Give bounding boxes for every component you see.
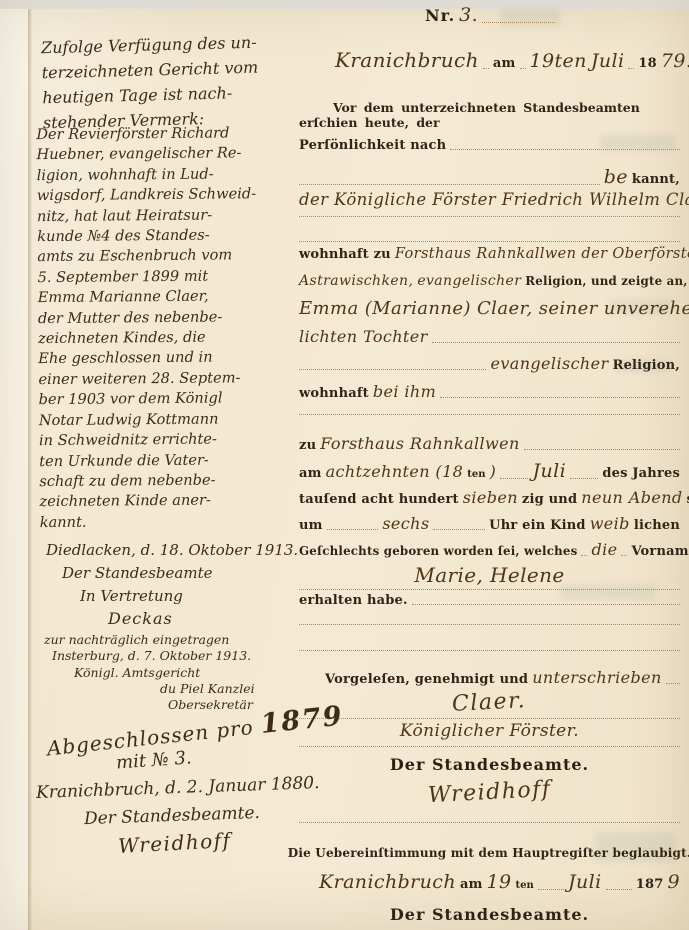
birthdate-line: am achtzehnten (18 ten ) Juli des Jahres (299, 460, 680, 482)
dotted-rule (299, 589, 680, 590)
dotted-leader (299, 366, 486, 370)
margin-closing-place-date: Kranichbruch, d. 2. Januar 1880. (36, 773, 320, 803)
dateline-year-printed: 18 (638, 56, 657, 71)
dotted-leader (440, 394, 680, 398)
margin-line: nitz, hat laut Heiratsur- (37, 205, 293, 228)
dotted-leader (628, 65, 634, 69)
birthdate-month: Juli (532, 460, 566, 482)
dotted-leader (520, 65, 526, 69)
declarant-name: der Königliche Förster Friedrich Wilhelm… (299, 190, 689, 209)
registrar-label-bottom: Der Standesbeamte. (390, 905, 589, 924)
margin-line: kannt. (40, 511, 296, 534)
margin-closing-registrar: Der Standesbeamte. (84, 803, 261, 829)
margin-line: Huebner, evangelischer Re- (36, 143, 292, 166)
religion1-line: Astrawischken, evangelischer Religion, u… (299, 273, 680, 289)
margin-line: zeichneten Kinde aner- (39, 490, 295, 513)
intro-line: Vor dem unterzeichneten Standesbeamten e… (299, 100, 680, 130)
dateline-bottom-year-written: 9 (668, 871, 681, 893)
dotted-leader (524, 446, 680, 450)
dotted-leader (412, 601, 680, 605)
record-number-label: Nr. (425, 6, 455, 25)
approved-line: Vorgeleſen, genehmigt und unterschrieben (299, 668, 680, 687)
year-label1: tauſend acht hundert (299, 492, 459, 507)
dotted-rule (299, 718, 680, 719)
registrar-heading-bottom: Der Standesbeamte. (299, 905, 680, 924)
personality-label: Perſönlichkeit nach (299, 138, 446, 153)
child-names: Marie, Helene (414, 563, 564, 587)
dotted-leader (666, 680, 680, 684)
margin-line: Notar Ludwig Kottmann (39, 409, 295, 432)
time-value: sechs (382, 514, 429, 533)
dotted-rule (299, 650, 680, 651)
vornamen-label: Vornamen (631, 544, 689, 559)
dateline-month: Juli (591, 50, 625, 72)
time-label2: Uhr ein Kind (489, 518, 586, 533)
margin-attest-place-date: Diedlacken, d. 18. Oktober 1913. (46, 541, 298, 559)
margin-line: ten Urkunde die Vater- (39, 449, 295, 472)
birthplace-label: zu (299, 438, 316, 453)
residence2-line: wohnhaft bei ihm (299, 382, 680, 401)
year-decade: sieben (463, 488, 518, 507)
margin-line: 5. September 1899 mit (37, 266, 293, 289)
father-title: Königlicher Förster. (400, 721, 579, 741)
binding-crease (28, 9, 32, 930)
certify-line: Die Uebereinſtimmung mit dem Hauptregiſt… (299, 846, 680, 860)
margin-line: in Schweidnitz errichte- (39, 429, 295, 452)
margin-registry-note: zur nachträglich eingetragen (44, 632, 229, 647)
approved-label: Vorgeleſen, genehmigt und (325, 672, 528, 687)
father-signature: Claer. (452, 688, 527, 717)
child-names-line: Marie, Helene (299, 563, 680, 587)
margin-registry-clerk-title: Obersekretär (168, 697, 253, 712)
birthplace-line: zu Forsthaus Rahnkallwen (299, 434, 680, 453)
margin-registry-place-date: Insterburg, d. 7. Oktober 1913. (52, 648, 251, 663)
margin-closing-number: mit № 3. (115, 747, 192, 773)
dotted-leader (299, 181, 600, 185)
dateline-day: 19ten (530, 50, 587, 72)
sex-line: Geſchlechts geboren worden ſei, welches … (299, 540, 680, 559)
dotted-leader (327, 526, 379, 530)
margin-line: schaft zu dem nebenbe- (39, 470, 295, 493)
margin-line: kunde №4 des Standes- (37, 225, 293, 248)
dateline-bottom-am-label: am (460, 877, 483, 892)
approved-handwritten: unterschrieben (532, 668, 661, 687)
record-number-value: 3. (459, 4, 478, 26)
sex-line-label: Geſchlechts geboren worden ſei, welches (299, 544, 577, 558)
residence-value2: Astrawischken, (299, 273, 413, 289)
dotted-leader (483, 65, 489, 69)
dotted-rule (299, 241, 680, 242)
dotted-leader (433, 526, 485, 530)
dateline-bottom-ten-label: ten (516, 880, 534, 891)
dotted-leader (500, 475, 528, 479)
margin-line: einer weiteren 28. Septem- (38, 368, 294, 391)
birthdate-am-label: am (299, 466, 322, 481)
dateline-place: Kranichbruch (335, 48, 479, 72)
dotted-rule (299, 822, 680, 823)
dotted-leader (538, 886, 564, 890)
margin-registry-court: Königl. Amtsgericht (74, 665, 200, 680)
gender-label: lichen (634, 518, 680, 533)
dotted-leader (581, 552, 587, 556)
dotted-rule (299, 414, 680, 415)
margin-line: zeichneten Kindes, die (38, 327, 294, 350)
registry-document-scan: Nr. 3. Kranichbruch am 19ten Juli 18 79.… (0, 0, 689, 930)
dotted-leader (606, 886, 632, 890)
religion2-line: evangelischer Religion, (299, 354, 680, 373)
dateline-bottom-place: Kranichbruch (319, 871, 456, 893)
year-label2: zig und (522, 492, 577, 507)
year-value: neun Abend (581, 488, 682, 507)
residence2-label: wohnhaft (299, 386, 369, 401)
birthdate-end-label: des Jahres (602, 466, 680, 481)
father-title-line: Königlicher Förster. (299, 721, 680, 741)
margin-line: wigsdorf, Landkreis Schweid- (37, 184, 293, 207)
residence-label: wohnhaft zu (299, 247, 391, 262)
registrar-heading: Der Standesbeamte. (299, 755, 680, 774)
birthdate-day: achtzehnten (18 (326, 462, 464, 481)
religion1-label: Religion, und zeigte an, daß von der (525, 274, 689, 288)
margin-line: Der Revierförster Richard (36, 123, 292, 146)
margin-line: ligion, wohnhaft in Lud- (37, 164, 293, 187)
residence2-value: bei ihm (373, 382, 436, 401)
religion2-value: evangelischer (490, 354, 608, 373)
religion2-label: Religion, (613, 358, 680, 373)
dateline-top: Kranichbruch am 19ten Juli 18 79. (299, 48, 680, 72)
margin-attest-signature: Deckas (108, 609, 173, 628)
known-line: be kannt, (299, 166, 680, 188)
margin-note-paragraph2: Der Revierförster Richard Huebner, evang… (36, 123, 296, 533)
birthtime-line: um sechs Uhr ein Kind weib lichen (299, 514, 680, 533)
received-line: erhalten habe. (299, 593, 680, 608)
margin-attest-deputy: In Vertretung (80, 587, 183, 605)
declarant-line: der Königliche Förster Friedrich Wilhelm… (299, 190, 680, 209)
dateline-bottom-day: 19 (487, 871, 512, 893)
margin-line: ber 1903 vor dem Königl (39, 388, 295, 411)
mother-line2: lichten Tochter (299, 327, 680, 346)
known-printed: kannt, (632, 172, 680, 187)
registrar-signature-line: Wreidhoff (299, 780, 680, 805)
dotted-leader (432, 339, 680, 343)
dateline-bottom-year-printed: 187 (636, 877, 664, 892)
gender-value: weib (590, 514, 630, 533)
father-signature-line: Claer. (299, 690, 680, 715)
margin-registry-clerk: du Piel Kanzlei (160, 681, 255, 696)
dateline-year-written: 79. (661, 50, 689, 72)
personality-line: Perſönlichkeit nach (299, 138, 680, 153)
page-left-margin-edge (0, 9, 28, 930)
residence-line: wohnhaft zu Forsthaus Rahnkallwen der Ob… (299, 246, 680, 262)
birthdate-paren: ) (490, 462, 497, 481)
margin-attest-registrar: Der Standesbeamte (62, 564, 212, 582)
closing-signature-text: Wreidhoff (117, 828, 232, 858)
dateline-am-label: am (493, 56, 516, 71)
dotted-rule (299, 746, 680, 747)
mother-descriptor: lichten Tochter (299, 327, 428, 346)
residence-value: Forsthaus Rahnkallwen der Oberförsterei (395, 246, 689, 262)
dateline-bottom-month: Juli (568, 871, 602, 893)
birthyear-line: tauſend acht hundert sieben zig und neun… (299, 488, 680, 507)
margin-line: Emma Marianne Claer, (38, 286, 294, 309)
dotted-rule (299, 624, 680, 625)
dotted-leader (621, 552, 627, 556)
time-label1: um (299, 518, 323, 533)
religion1-value: evangelischer (417, 273, 521, 289)
margin-line: amts zu Eschenbruch vom (37, 245, 293, 268)
registrar-label: Der Standesbeamte. (390, 755, 589, 774)
margin-line: der Mutter des nebenbe- (38, 307, 294, 330)
margin-note-paragraph1: Zufolge Verfügung des un- terzeichneten … (41, 29, 296, 136)
dotted-leader (482, 19, 555, 23)
dotted-rule (299, 216, 680, 217)
scan-top-edge (0, 0, 689, 9)
dateline-bottom: Kranichbruch am 19 ten Juli 187 9 (299, 871, 680, 893)
received-label: erhalten habe. (299, 593, 408, 608)
dotted-leader (570, 475, 598, 479)
dotted-leader (450, 146, 680, 150)
certify-label: Die Uebereinſtimmung mit dem Hauptregiſt… (288, 846, 689, 860)
record-number-line: Nr. 3. (425, 4, 555, 26)
birthplace-value: Forsthaus Rahnkallwen (320, 434, 520, 453)
birthdate-ten-label: ten (467, 469, 485, 480)
known-handwritten: be (604, 166, 628, 188)
mother-name: Emma (Marianne) Claer, seiner unverehe- (299, 298, 689, 319)
margin-closing-signature: Wreidhoff (118, 831, 231, 855)
mother-line1: Emma (Marianne) Claer, seiner unverehe- (299, 298, 680, 319)
margin-line: Ehe geschlossen und in (38, 347, 294, 370)
registrar-signature: Wreidhoff (427, 777, 552, 808)
article-handwritten: die (591, 540, 617, 559)
